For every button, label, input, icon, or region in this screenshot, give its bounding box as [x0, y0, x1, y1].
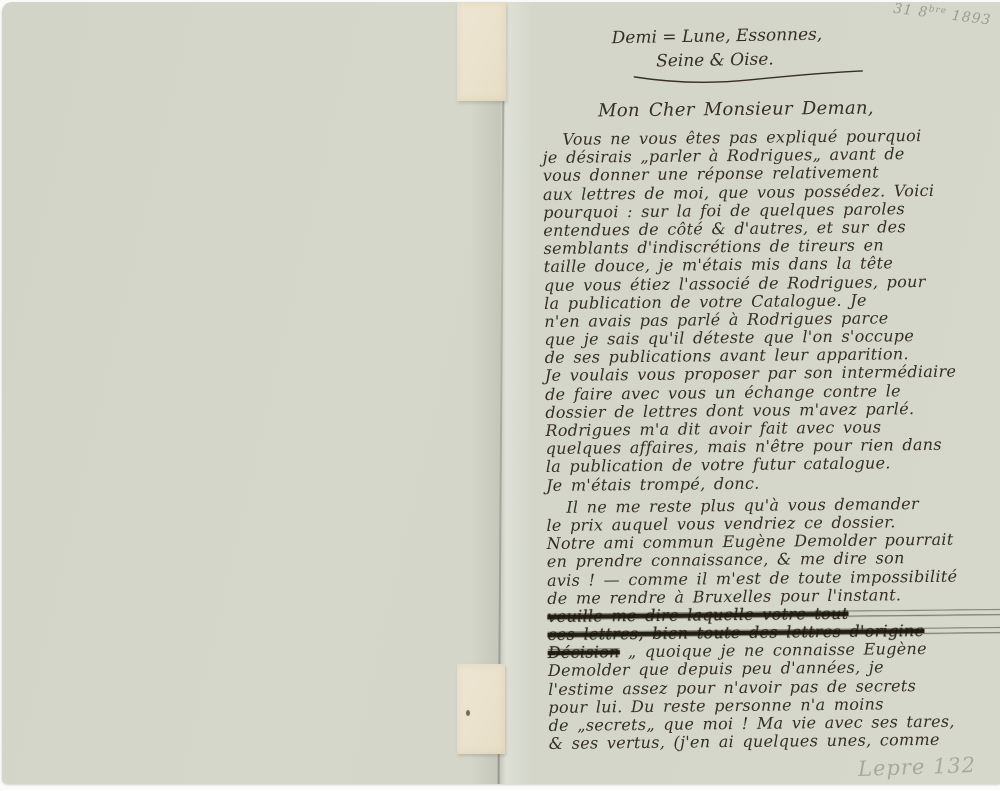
- tape-strip-bottom: [457, 664, 505, 754]
- struck-through-word: Décision: [548, 642, 620, 662]
- pencil-inventory-number: Lepre 132: [858, 753, 977, 781]
- pencil-date-month-suffix: bre: [928, 4, 947, 16]
- scanned-letter-canvas: { "document": { "pencil_date": { "day_mo…: [0, 0, 1000, 791]
- letter-line: Je m'étais trompé, donc.: [546, 472, 1000, 495]
- tape-ink-fleck: [466, 710, 470, 716]
- letter-body-text: Mon Cher Monsieur Deman, Vous ne vous êt…: [542, 96, 1000, 753]
- tape-strip-top: [457, 2, 506, 101]
- salutation: Mon Cher Monsieur Deman,: [542, 96, 998, 123]
- letterhead-address: Demi = Lune, Essonnes, Seine & Oise.: [611, 22, 872, 89]
